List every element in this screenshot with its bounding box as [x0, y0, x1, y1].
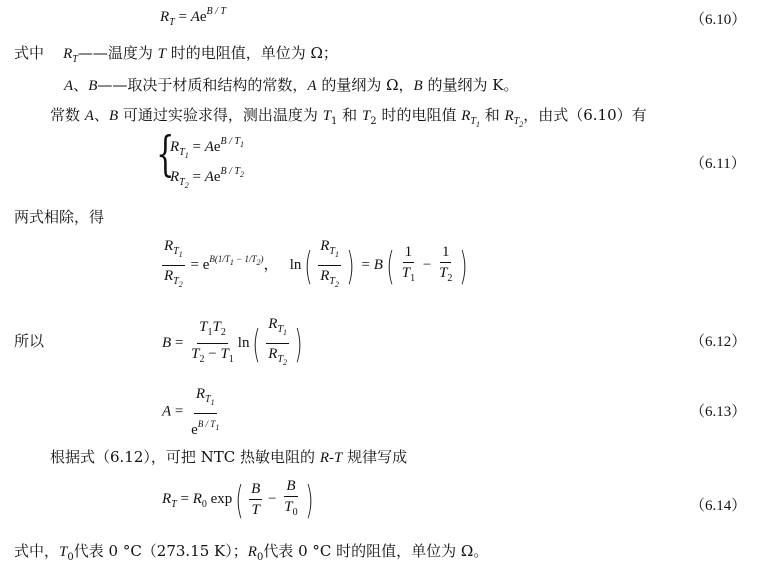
symbol: A	[191, 9, 200, 25]
symbol: R	[170, 139, 179, 155]
symbol: A	[64, 78, 73, 94]
text: 可通过实验求得，测出温度为	[118, 106, 323, 124]
text: 规律写成	[342, 448, 407, 466]
definition-rt: 式中 RT——温度为 T 时的电阻值，单位为 Ω；	[14, 42, 338, 65]
equation-number: （6.14）	[690, 494, 746, 515]
symbol: R	[63, 46, 72, 62]
text: 和	[480, 106, 505, 124]
text: 的量纲为 Ω，	[317, 76, 414, 94]
where-label: 式中	[14, 44, 44, 62]
symbol: B	[109, 108, 118, 124]
subscript: T	[169, 17, 175, 28]
equation-ratio: RT1RT2 = eB(1/T1 − 1/T2)， ln(RT1RT2) = B…	[160, 236, 471, 295]
subscript: T2	[179, 177, 189, 188]
text: ——取决于材质和结构的常数，	[97, 76, 307, 94]
text: ，由式（6.10）有	[523, 106, 646, 124]
text: 、	[94, 106, 109, 124]
final-definition: 式中，T0代表 0 °C（273.15 K）；R0代表 0 °C 时的阻值，单位…	[14, 540, 488, 563]
equation-6-13: A = RT1eB / T1	[162, 384, 223, 440]
symbol: R	[160, 9, 169, 25]
symbol: A	[307, 78, 316, 94]
text: 常数	[50, 106, 85, 124]
symbol: R	[170, 169, 179, 185]
text: ——温度为	[78, 44, 158, 62]
text: 时的电阻值	[377, 106, 462, 124]
therefore-text: 所以	[14, 330, 44, 351]
symbol: B	[414, 78, 423, 94]
equation-6-12: B = T1T2T2 − T1ln(RT1RT2)	[162, 314, 306, 373]
equation-number: （6.10）	[690, 8, 746, 29]
text: 根据式（6.12），可把 NTC 热敏电阻的	[50, 448, 320, 466]
definition-ab: A、B——取决于材质和结构的常数，A 的量纲为 Ω，B 的量纲为 K。	[64, 74, 518, 95]
paragraph-1: 常数 A、B 可通过实验求得，测出温度为 T1 和 T2 时的电阻值 RT1 和…	[50, 104, 647, 129]
text: 代表 0 °C（273.15 K）；	[74, 542, 248, 560]
superscript: B / T	[207, 6, 226, 17]
text: 代表 0 °C 时的阻值，单位为 Ω。	[263, 542, 488, 560]
equation-6-14: RT = R0 exp(BT − BT0)	[162, 476, 316, 523]
symbol: R-T	[320, 450, 343, 466]
symbol: e	[200, 9, 207, 25]
equation-6-10: RT = AeB / T	[160, 6, 226, 28]
text: 和	[337, 106, 362, 124]
symbol: B	[88, 78, 97, 94]
paragraph-2: 根据式（6.12），可把 NTC 热敏电阻的 R-T 规律写成	[50, 446, 407, 467]
subscript: T1	[179, 147, 189, 158]
symbol: A	[85, 108, 94, 124]
equation-number: （6.13）	[690, 400, 746, 421]
text: 、	[73, 76, 88, 94]
text: 式中，	[14, 542, 59, 560]
symbol: T	[158, 46, 166, 62]
divide-text: 两式相除，得	[14, 206, 104, 227]
text: 时的电阻值，单位为 Ω；	[166, 44, 338, 62]
equation-number: （6.12）	[690, 330, 746, 351]
equation-number: （6.11）	[690, 152, 746, 173]
text: 的量纲为 K。	[423, 76, 519, 94]
